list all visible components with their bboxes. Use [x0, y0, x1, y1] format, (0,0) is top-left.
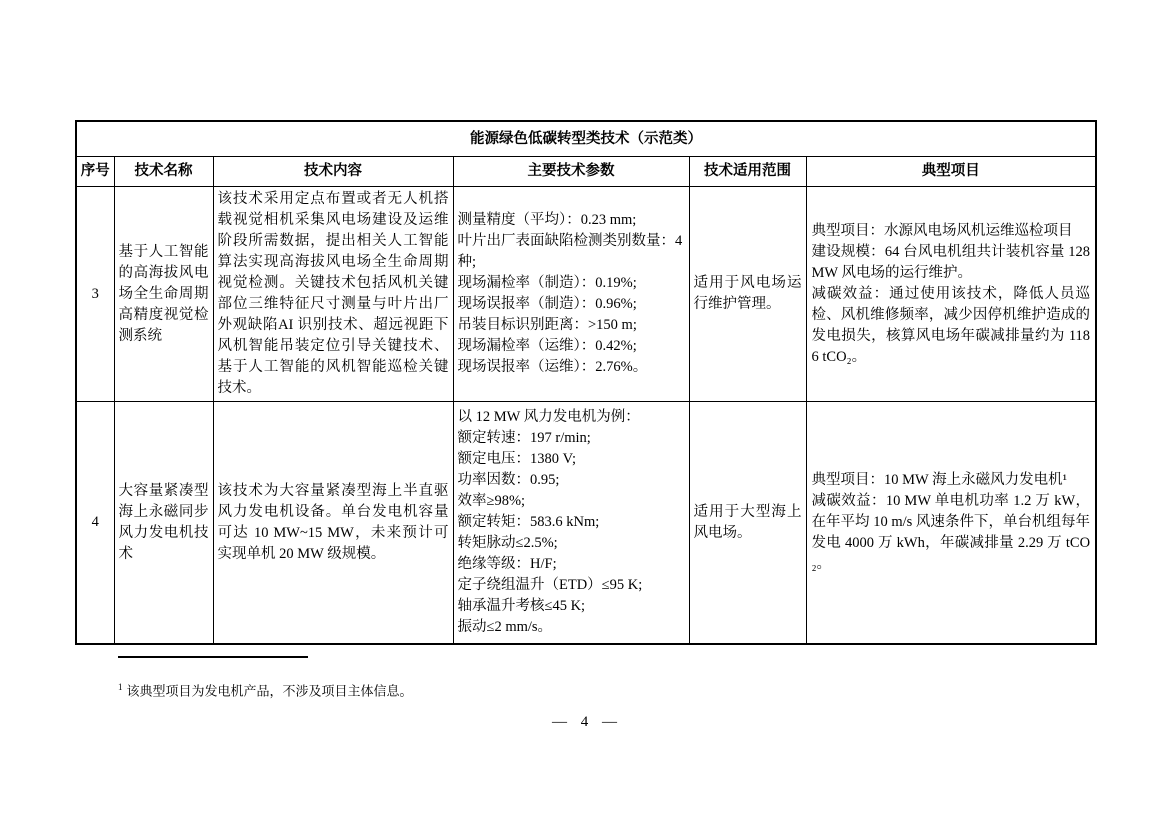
table-header-row: 序号 技术名称 技术内容 主要技术参数 技术适用范围 典型项目 — [76, 157, 1096, 187]
scope-cell: 适用于大型海上风电场。 — [689, 402, 806, 645]
col-header-parameters: 主要技术参数 — [453, 157, 689, 187]
col-header-tech-content: 技术内容 — [213, 157, 453, 187]
param-line: 以 12 MW 风力发电机为例： — [458, 407, 685, 428]
seq-cell: 3 — [76, 187, 114, 402]
project-line: 建设规模：64 台风电机组共计装机容量 128 MW 风电场的运行维护。 — [812, 242, 1091, 284]
tech-content-cell: 该技术采用定点布置或者无人机搭载视觉相机采集风电场建设及运维阶段所需数据，提出相… — [213, 187, 453, 402]
param-line: 额定转速：197 r/min; — [458, 428, 685, 449]
param-line: 定子绕组温升（ETD）≤95 K; — [458, 575, 685, 596]
technology-table: 能源绿色低碳转型类技术（示范类） 序号 技术名称 技术内容 主要技术参数 技术适… — [75, 120, 1097, 645]
projects-cell: 典型项目：水源风电场风机运维巡检项目 建设规模：64 台风电机组共计装机容量 1… — [806, 187, 1096, 402]
table-title: 能源绿色低碳转型类技术（示范类） — [76, 121, 1096, 157]
param-line: 额定电压：1380 V; — [458, 449, 685, 470]
tech-params-cell: 以 12 MW 风力发电机为例： 额定转速：197 r/min; 额定电压：13… — [453, 402, 689, 645]
param-line: 功率因数：0.95; — [458, 470, 685, 491]
tech-content-cell: 该技术为大容量紧凑型海上半直驱风力发电机设备。单台发电机容量可达 10 MW~1… — [213, 402, 453, 645]
param-line: 轴承温升考核≤45 K; — [458, 596, 685, 617]
param-line: 效率≥98%; — [458, 491, 685, 512]
col-header-seq: 序号 — [76, 157, 114, 187]
table-row-3: 3 基于人工智能的高海拔风电场全生命周期高精度视觉检测系统 该技术采用定点布置或… — [76, 187, 1096, 402]
footnote-marker: 1 — [118, 682, 123, 692]
table-row-4: 4 大容量紧凑型海上永磁同步风力发电机技术 该技术为大容量紧凑型海上半直驱风力发… — [76, 402, 1096, 645]
seq-cell: 4 — [76, 402, 114, 645]
param-line: 振动≤2 mm/s。 — [458, 617, 685, 638]
tech-params-cell: 测量精度（平均）：0.23 mm; 叶片出厂表面缺陷检测类别数量：4种; 现场漏… — [453, 187, 689, 402]
footnote-text: 该典型项目为发电机产品，不涉及项目主体信息。 — [127, 683, 413, 698]
param-line: 测量精度（平均）：0.23 mm; — [458, 210, 685, 231]
project-line: 典型项目：10 MW 海上永磁风力发电机¹ — [812, 470, 1091, 491]
param-line: 现场漏检率（制造）：0.19%; — [458, 273, 685, 294]
param-line: 现场误报率（制造）：0.96%; — [458, 294, 685, 315]
project-line: 减碳效益：10 MW 单电机功率 1.2 万 kW，在年平均 10 m/s 风速… — [812, 491, 1091, 575]
project-line: 典型项目：水源风电场风机运维巡检项目 — [812, 221, 1091, 242]
param-line: 叶片出厂表面缺陷检测类别数量：4种; — [458, 231, 685, 273]
param-line: 额定转矩：583.6 kNm; — [458, 512, 685, 533]
scope-cell: 适用于风电场运行维护管理。 — [689, 187, 806, 402]
page-number: — 4 — — [0, 714, 1169, 731]
table-title-row: 能源绿色低碳转型类技术（示范类） — [76, 121, 1096, 157]
col-header-scope: 技术适用范围 — [689, 157, 806, 187]
tech-name-cell: 大容量紧凑型海上永磁同步风力发电机技术 — [114, 402, 213, 645]
projects-cell: 典型项目：10 MW 海上永磁风力发电机¹ 减碳效益：10 MW 单电机功率 1… — [806, 402, 1096, 645]
col-header-tech-name: 技术名称 — [114, 157, 213, 187]
param-line: 现场误报率（运维）：2.76%。 — [458, 357, 685, 378]
param-line: 转矩脉动≤2.5%; — [458, 533, 685, 554]
tech-name-cell: 基于人工智能的高海拔风电场全生命周期高精度视觉检测系统 — [114, 187, 213, 402]
param-line: 绝缘等级：H/F; — [458, 554, 685, 575]
footnote-divider — [118, 656, 308, 658]
param-line: 现场漏检率（运维）：0.42%; — [458, 336, 685, 357]
footnote: 1该典型项目为发电机产品，不涉及项目主体信息。 — [118, 678, 413, 700]
col-header-projects: 典型项目 — [806, 157, 1096, 187]
document-page: 能源绿色低碳转型类技术（示范类） 序号 技术名称 技术内容 主要技术参数 技术适… — [0, 0, 1169, 826]
param-line: 吊装目标识别距离：>150 m; — [458, 315, 685, 336]
project-line: 减碳效益：通过使用该技术，降低人员巡检、风机维修频率，减少因停机维护造成的发电损… — [812, 284, 1091, 368]
